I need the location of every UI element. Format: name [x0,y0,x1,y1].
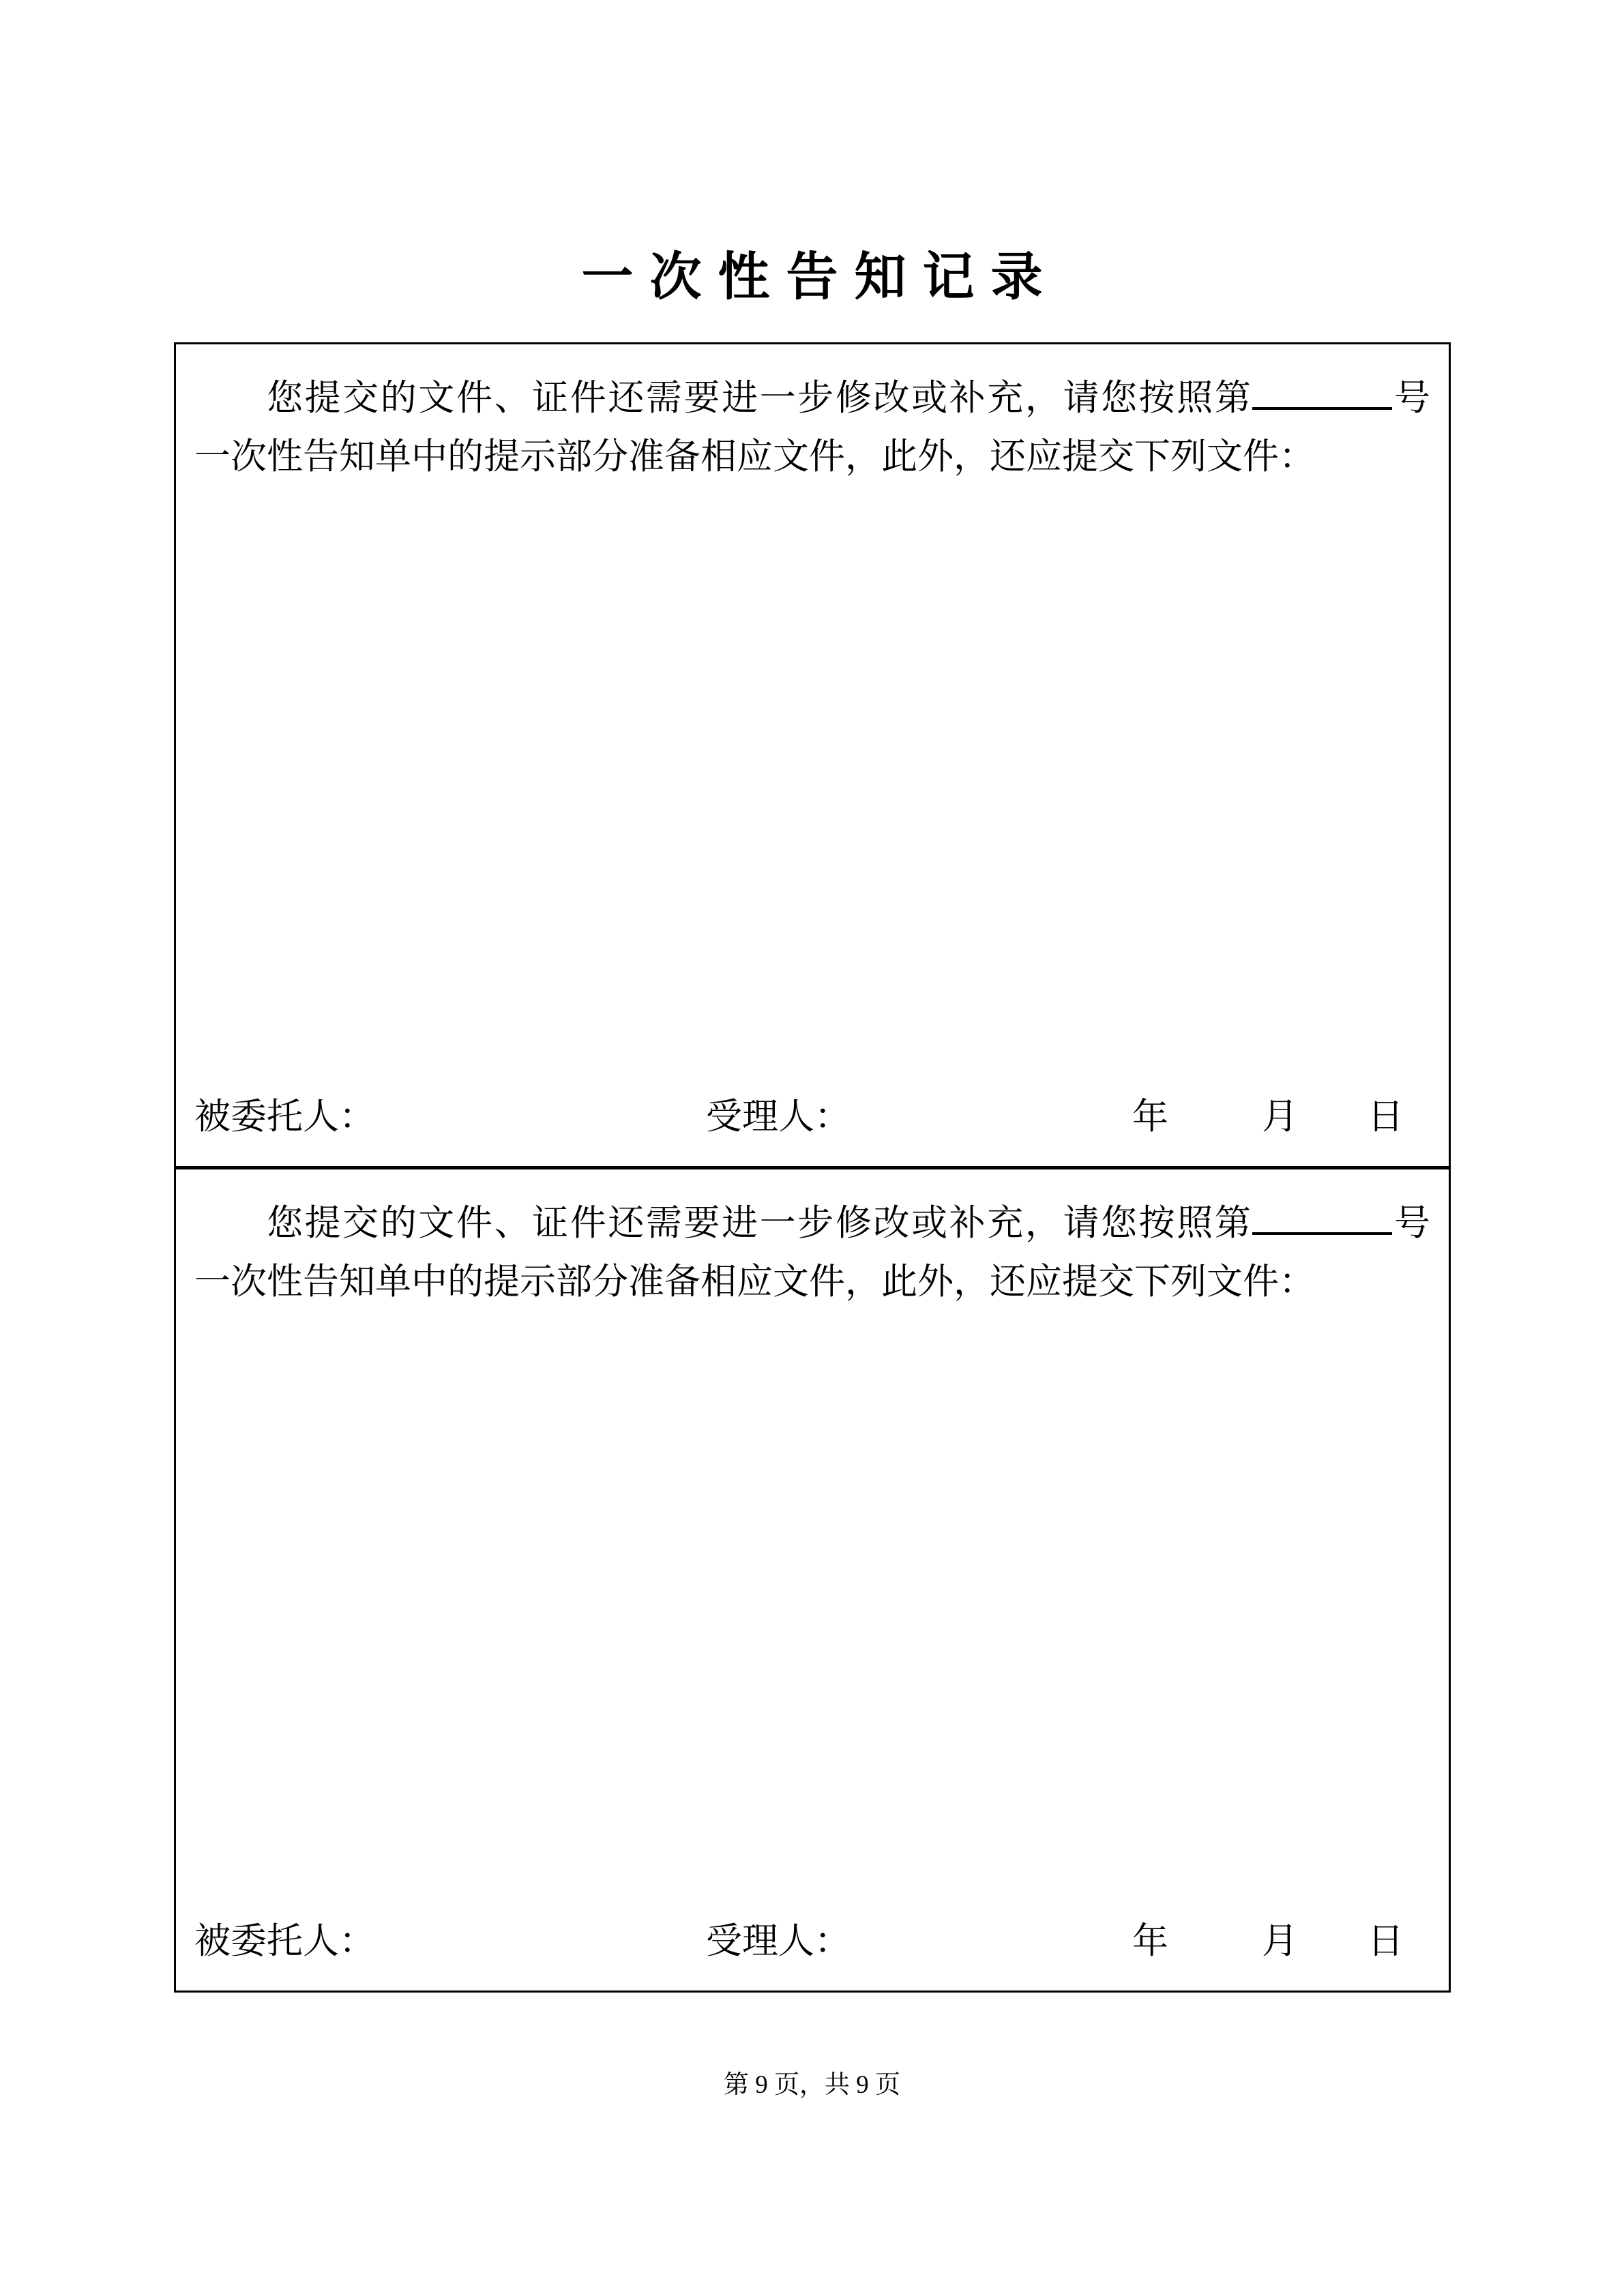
year-label: 年 [1132,1098,1168,1136]
notice-paragraph: 您提交的文件、证件还需要进一步修改或补充，请您按照第号 一次性告知单中的提示部分… [194,1194,1430,1311]
page-title: 一次性告知记录 [0,251,1624,303]
notice-paragraph-line2: 一次性告知单中的提示部分准备相应文件，此外，还应提交下列文件： [194,428,1430,486]
page-number-footer: 第 9 页，共 9 页 [0,2070,1624,2100]
year-label: 年 [1132,1922,1168,1960]
day-label: 日 [1368,1922,1404,1960]
notice-text-before-blank: 您提交的文件、证件还需要进一步修改或补充，请您按照第 [267,378,1252,418]
blank-underline-number-field [1252,406,1392,410]
signature-row: 被委托人： 受理人： 年 月 日 [194,1922,1430,1960]
notice-text-after-blank: 号 [1392,378,1430,418]
notice-section-1: 您提交的文件、证件还需要进一步修改或补充，请您按照第号 一次性告知单中的提示部分… [176,344,1449,1166]
month-label: 月 [1262,1098,1298,1136]
blank-fill-area [194,1311,1430,1923]
notice-paragraph-line1: 您提交的文件、证件还需要进一步修改或补充，请您按照第号 [194,1194,1430,1253]
month-label: 月 [1262,1922,1298,1960]
blank-underline-number-field [1252,1231,1392,1234]
notice-paragraph-line1: 您提交的文件、证件还需要进一步修改或补充，请您按照第号 [194,369,1430,428]
acceptor-label: 受理人： [706,1922,851,1960]
notice-text-before-blank: 您提交的文件、证件还需要进一步修改或补充，请您按照第 [267,1204,1252,1243]
notice-text-after-blank: 号 [1392,1204,1430,1243]
notice-table: 您提交的文件、证件还需要进一步修改或补充，请您按照第号 一次性告知单中的提示部分… [174,342,1451,1993]
day-label: 日 [1368,1098,1404,1136]
signature-row: 被委托人： 受理人： 年 月 日 [194,1098,1430,1136]
delegate-label: 被委托人： [194,1922,375,1960]
blank-fill-area [194,486,1430,1098]
notice-paragraph: 您提交的文件、证件还需要进一步修改或补充，请您按照第号 一次性告知单中的提示部分… [194,369,1430,486]
notice-section-2: 您提交的文件、证件还需要进一步修改或补充，请您按照第号 一次性告知单中的提示部分… [176,1166,1449,1991]
delegate-label: 被委托人： [194,1098,375,1136]
acceptor-label: 受理人： [706,1098,851,1136]
notice-paragraph-line2: 一次性告知单中的提示部分准备相应文件，此外，还应提交下列文件： [194,1253,1430,1311]
